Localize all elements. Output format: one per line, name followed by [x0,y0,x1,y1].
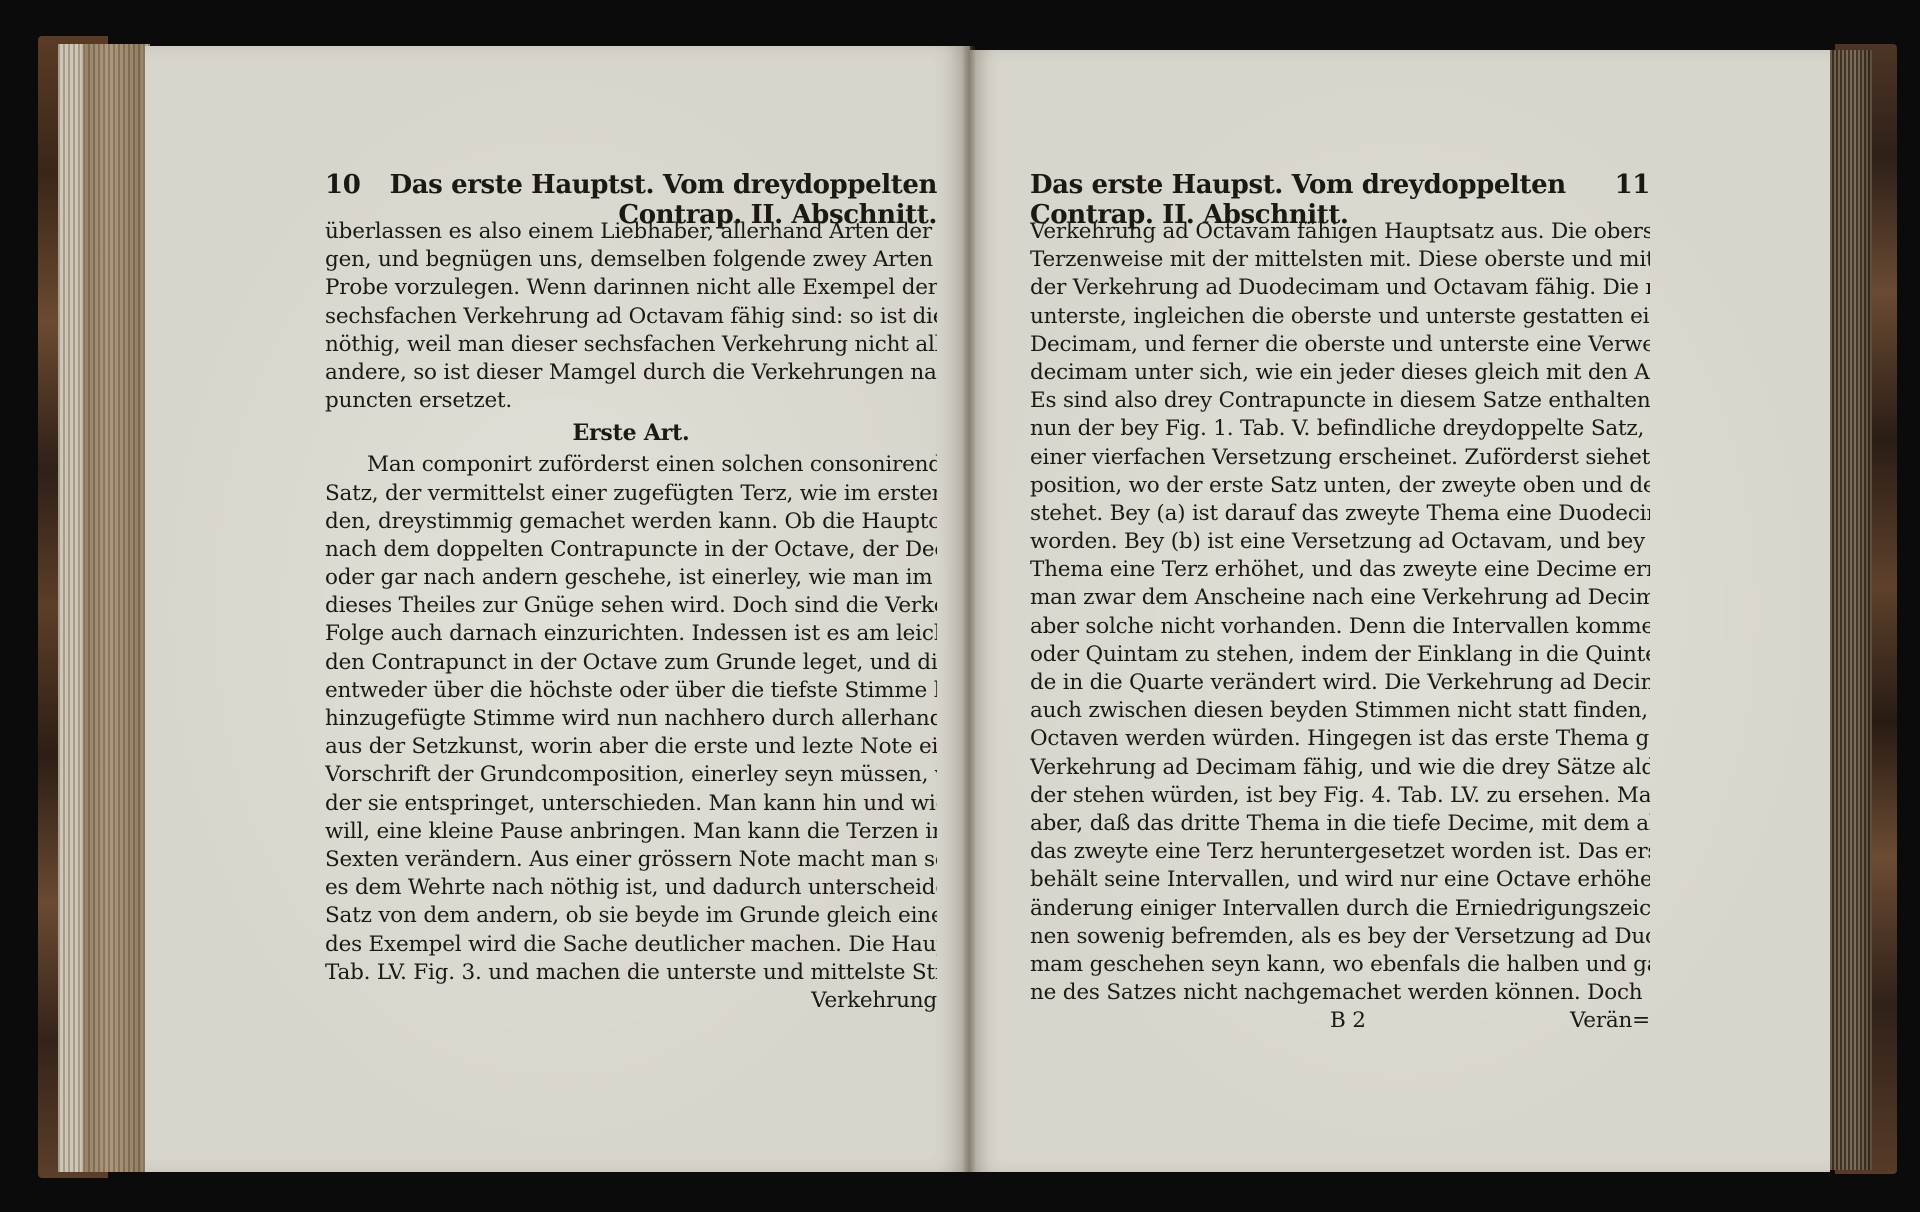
text-line: nen sowenig befremden, als es bey der Ve… [1030,923,1650,951]
text-line: den Contrapunct in der Octave zum Grunde… [325,649,937,677]
text-line: aus der Setzkunst, worin aber die erste … [325,733,937,761]
text-line: Verkehrung ad Decimam fähig, und wie die… [1030,754,1650,782]
text-line: das zweyte eine Terz heruntergesetzet wo… [1030,838,1650,866]
text-line: stehet. Bey (a) ist darauf das zweyte Th… [1030,500,1650,528]
text-line: Vorschrift der Grundcomposition, einerle… [325,761,937,789]
text-line: de in die Quarte verändert wird. Die Ver… [1030,669,1650,697]
text-line: unterste, ingleichen die oberste und unt… [1030,303,1650,331]
text-line: worden. Bey (b) ist eine Versetzung ad O… [1030,528,1650,556]
text-line: Thema eine Terz erhöhet, und das zweyte … [1030,556,1650,584]
text-line: ne des Satzes nicht nachgemachet werden … [1030,979,1650,1007]
page-stack-right [1828,50,1872,1170]
text-line: will, eine kleine Pause anbringen. Man k… [325,818,937,846]
text-line: Terzenweise mit der mittelsten mit. Dies… [1030,246,1650,274]
text-line: aber, daß das dritte Thema in die tiefe … [1030,810,1650,838]
text-line: es dem Wehrte nach nöthig ist, und dadur… [325,874,937,902]
text-line: auch zwischen diesen beyden Stimmen nich… [1030,697,1650,725]
page-stack-left [58,44,150,1172]
text-line: behält seine Intervallen, und wird nur e… [1030,866,1650,894]
text-line: der sie entspringet, unterschieden. Man … [325,790,937,818]
text-line: aber solche nicht vorhanden. Denn die In… [1030,613,1650,641]
page-footer: B 2 Verän= [1030,1007,1650,1035]
text-line: Sexten verändern. Aus einer grössern Not… [325,846,937,874]
text-line: Probe vorzulegen. Wenn darinnen nicht al… [325,274,937,302]
text-line: änderung einiger Intervallen durch die E… [1030,895,1650,923]
right-page-text: Das erste Haupst. Vom dreydoppelten Cont… [1030,170,1650,1035]
text-line: nun der bey Fig. 1. Tab. V. befindliche … [1030,415,1650,443]
text-line: nach dem doppelten Contrapuncte in der O… [325,536,937,564]
text-line: nöthig, weil man dieser sechsfachen Verk… [325,331,937,359]
text-line: decimam unter sich, wie ein jeder dieses… [1030,359,1650,387]
right-running-head: Das erste Haupst. Vom dreydoppelten Cont… [1030,170,1650,206]
text-line: puncten ersetzet. [325,387,937,415]
text-line: überlassen es also einem Liebhaber, alle… [325,218,937,246]
book-gutter [962,46,976,1172]
page-number: 11 [1615,170,1650,200]
text-line: Es sind also drey Contrapuncte in diesem… [1030,387,1650,415]
page-number: 10 [325,170,360,200]
text-line: Folge auch darnach einzurichten. Indesse… [325,620,937,648]
signature-mark: B 2 [1330,1007,1366,1035]
text-line: mam geschehen seyn kann, wo ebenfals die… [1030,951,1650,979]
text-line: sechsfachen Verkehrung ad Octavam fähig … [325,303,937,331]
text-line: Man componirt zuförderst einen solchen c… [325,451,937,479]
text-line: man zwar dem Anscheine nach eine Verkehr… [1030,584,1650,612]
text-line: gen, und begnügen uns, demselben folgend… [325,246,937,274]
text-line: der stehen würden, ist bey Fig. 4. Tab. … [1030,782,1650,810]
text-line: dieses Theiles zur Gnüge sehen wird. Doc… [325,592,937,620]
right-body: Verkehrung ad Octavam fähigen Hauptsatz … [1030,218,1650,1035]
text-line: des Exempel wird die Sache deutlicher ma… [325,931,937,959]
text-line: Satz von dem andern, ob sie beyde im Gru… [325,902,937,930]
text-line: oder Quintam zu stehen, indem der Einkla… [1030,641,1650,669]
text-line: den, dreystimmig gemachet werden kann. O… [325,508,937,536]
text-line: position, wo der erste Satz unten, der z… [1030,472,1650,500]
text-line: der Verkehrung ad Duodecimam und Octavam… [1030,274,1650,302]
text-line: einer vierfachen Versetzung erscheinet. … [1030,444,1650,472]
text-line: Verkehrung ad Octavam fähigen Hauptsatz … [1030,218,1650,246]
catchword: Verkehrung [325,987,937,1015]
text-line: Satz, der vermittelst einer zugefügten T… [325,480,937,508]
left-body: überlassen es also einem Liebhaber, alle… [325,218,937,1015]
text-line: hinzugefügte Stimme wird nun nachhero du… [325,705,937,733]
text-line: Tab. LV. Fig. 3. und machen die unterste… [325,959,937,987]
left-page-text: 10 Das erste Hauptst. Vom dreydoppelten … [325,170,937,1015]
text-line: entweder über die höchste oder über die … [325,677,937,705]
catchword: Verän= [1570,1007,1650,1035]
text-line: andere, so ist dieser Mamgel durch die V… [325,359,937,387]
section-heading: Erste Art. [325,415,937,451]
left-running-head: 10 Das erste Hauptst. Vom dreydoppelten … [325,170,937,206]
text-line: Octaven werden würden. Hingegen ist das … [1030,725,1650,753]
text-line: Decimam, und ferner die oberste und unte… [1030,331,1650,359]
text-line: oder gar nach andern geschehe, ist einer… [325,564,937,592]
